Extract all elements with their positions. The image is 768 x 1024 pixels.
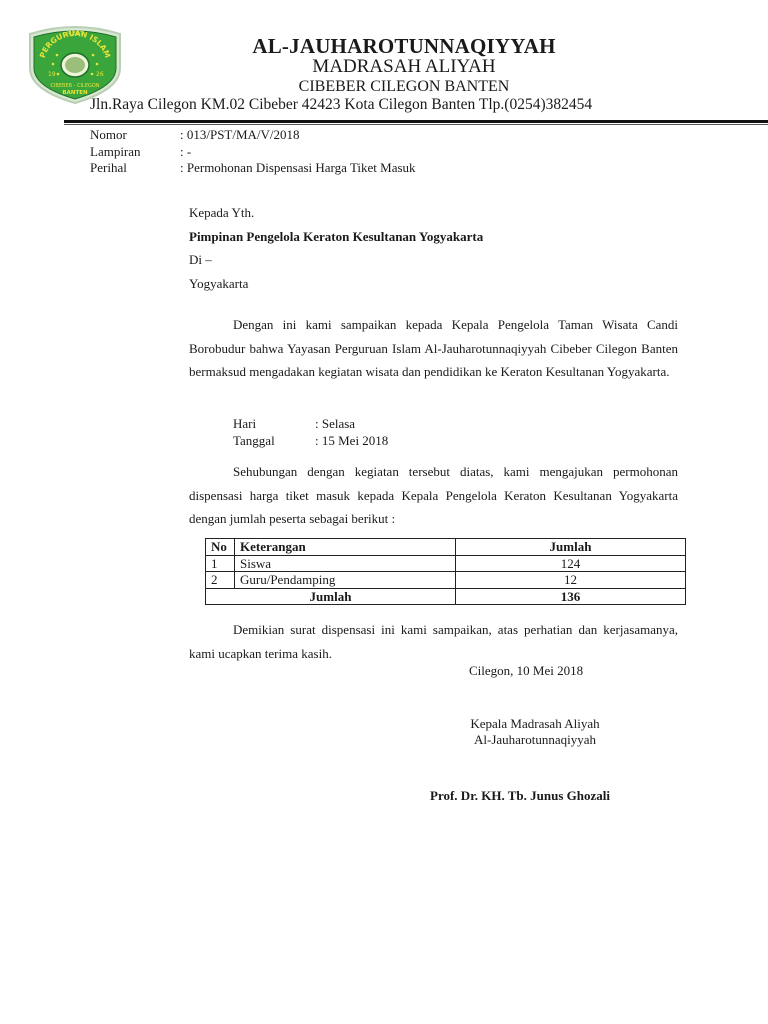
schedule-label: Hari — [233, 415, 315, 432]
paragraph-text: Dengan ini kami sampaikan kepada Kepala … — [189, 317, 678, 379]
school-location-text: CIBEBER CILEGON BANTEN — [299, 78, 510, 95]
body-paragraph-3: Demikian surat dispensasi ini kami sampa… — [189, 618, 678, 665]
table-total-row: Jumlah 136 — [206, 588, 686, 605]
table-row: 2 Guru/Pendamping 12 — [206, 572, 686, 589]
column-header-no: No — [206, 539, 235, 556]
school-location: CIBEBER CILEGON BANTEN — [0, 78, 768, 96]
meta-row-nomor: Nomor : 013/PST/MA/V/2018 — [90, 127, 416, 144]
cell-no: 1 — [206, 555, 235, 572]
signatory-position-line-1: Kepala Madrasah Aliyah — [420, 716, 650, 732]
total-value: 136 — [456, 588, 686, 605]
school-name-text: MADRASAH ALIYAH — [312, 56, 495, 77]
meta-label: Nomor — [90, 127, 180, 144]
school-name: MADRASAH ALIYAH — [0, 56, 768, 78]
body-paragraph-2: Sehubungan dengan kegiatan tersebut diat… — [189, 460, 678, 531]
school-address: Jln.Raya Cilegon KM.02 Cibeber 42423 Kot… — [90, 96, 592, 114]
addressee-at: Di – — [189, 248, 483, 272]
addressee-block: Kepada Yth. Pimpinan Pengelola Keraton K… — [189, 201, 483, 295]
schedule-label: Tanggal — [233, 432, 315, 449]
cell-jumlah: 124 — [456, 555, 686, 572]
addressee-recipient: Pimpinan Pengelola Keraton Kesultanan Yo… — [189, 225, 483, 249]
meta-value: : - — [180, 144, 191, 161]
column-header-keterangan: Keterangan — [235, 539, 456, 556]
paragraph-text: Demikian surat dispensasi ini kami sampa… — [189, 622, 678, 661]
schedule-block: Hari : Selasa Tanggal : 15 Mei 2018 — [233, 415, 388, 449]
total-label: Jumlah — [206, 588, 456, 605]
schedule-row-date: Tanggal : 15 Mei 2018 — [233, 432, 388, 449]
schedule-row-day: Hari : Selasa — [233, 415, 388, 432]
signatory-name: Prof. Dr. KH. Tb. Junus Ghozali — [430, 788, 610, 804]
schedule-value: : Selasa — [315, 415, 355, 432]
schedule-value: : 15 Mei 2018 — [315, 432, 388, 449]
addressee-greeting: Kepada Yth. — [189, 201, 483, 225]
table-header-row: No Keterangan Jumlah — [206, 539, 686, 556]
letter-meta: Nomor : 013/PST/MA/V/2018 Lampiran : - P… — [90, 127, 416, 177]
meta-value: : 013/PST/MA/V/2018 — [180, 127, 300, 144]
body-paragraph-1: Dengan ini kami sampaikan kepada Kepala … — [189, 313, 678, 384]
cell-no: 2 — [206, 572, 235, 589]
cell-jumlah: 12 — [456, 572, 686, 589]
cell-keterangan: Guru/Pendamping — [235, 572, 456, 589]
letterhead-divider-thin — [64, 124, 768, 125]
participants-table: No Keterangan Jumlah 1 Siswa 124 2 Guru/… — [205, 538, 686, 605]
letterhead-divider — [64, 120, 768, 123]
meta-value: : Permohonan Dispensasi Harga Tiket Masu… — [180, 160, 416, 177]
signatory-position-line-2: Al-Jauharotunnaqiyyah — [420, 732, 650, 748]
signatory-position: Kepala Madrasah Aliyah Al-Jauharotunnaqi… — [420, 716, 650, 748]
meta-label: Lampiran — [90, 144, 180, 161]
table-row: 1 Siswa 124 — [206, 555, 686, 572]
meta-row-perihal: Perihal : Permohonan Dispensasi Harga Ti… — [90, 160, 416, 177]
cell-keterangan: Siswa — [235, 555, 456, 572]
place-date: Cilegon, 10 Mei 2018 — [469, 663, 583, 679]
addressee-city: Yogyakarta — [189, 272, 483, 296]
meta-label: Perihal — [90, 160, 180, 177]
meta-row-lampiran: Lampiran : - — [90, 144, 416, 161]
institution-name-text: AL-JAUHAROTUNNAQIYYAH — [252, 34, 555, 58]
column-header-jumlah: Jumlah — [456, 539, 686, 556]
paragraph-text: Sehubungan dengan kegiatan tersebut diat… — [189, 464, 678, 526]
